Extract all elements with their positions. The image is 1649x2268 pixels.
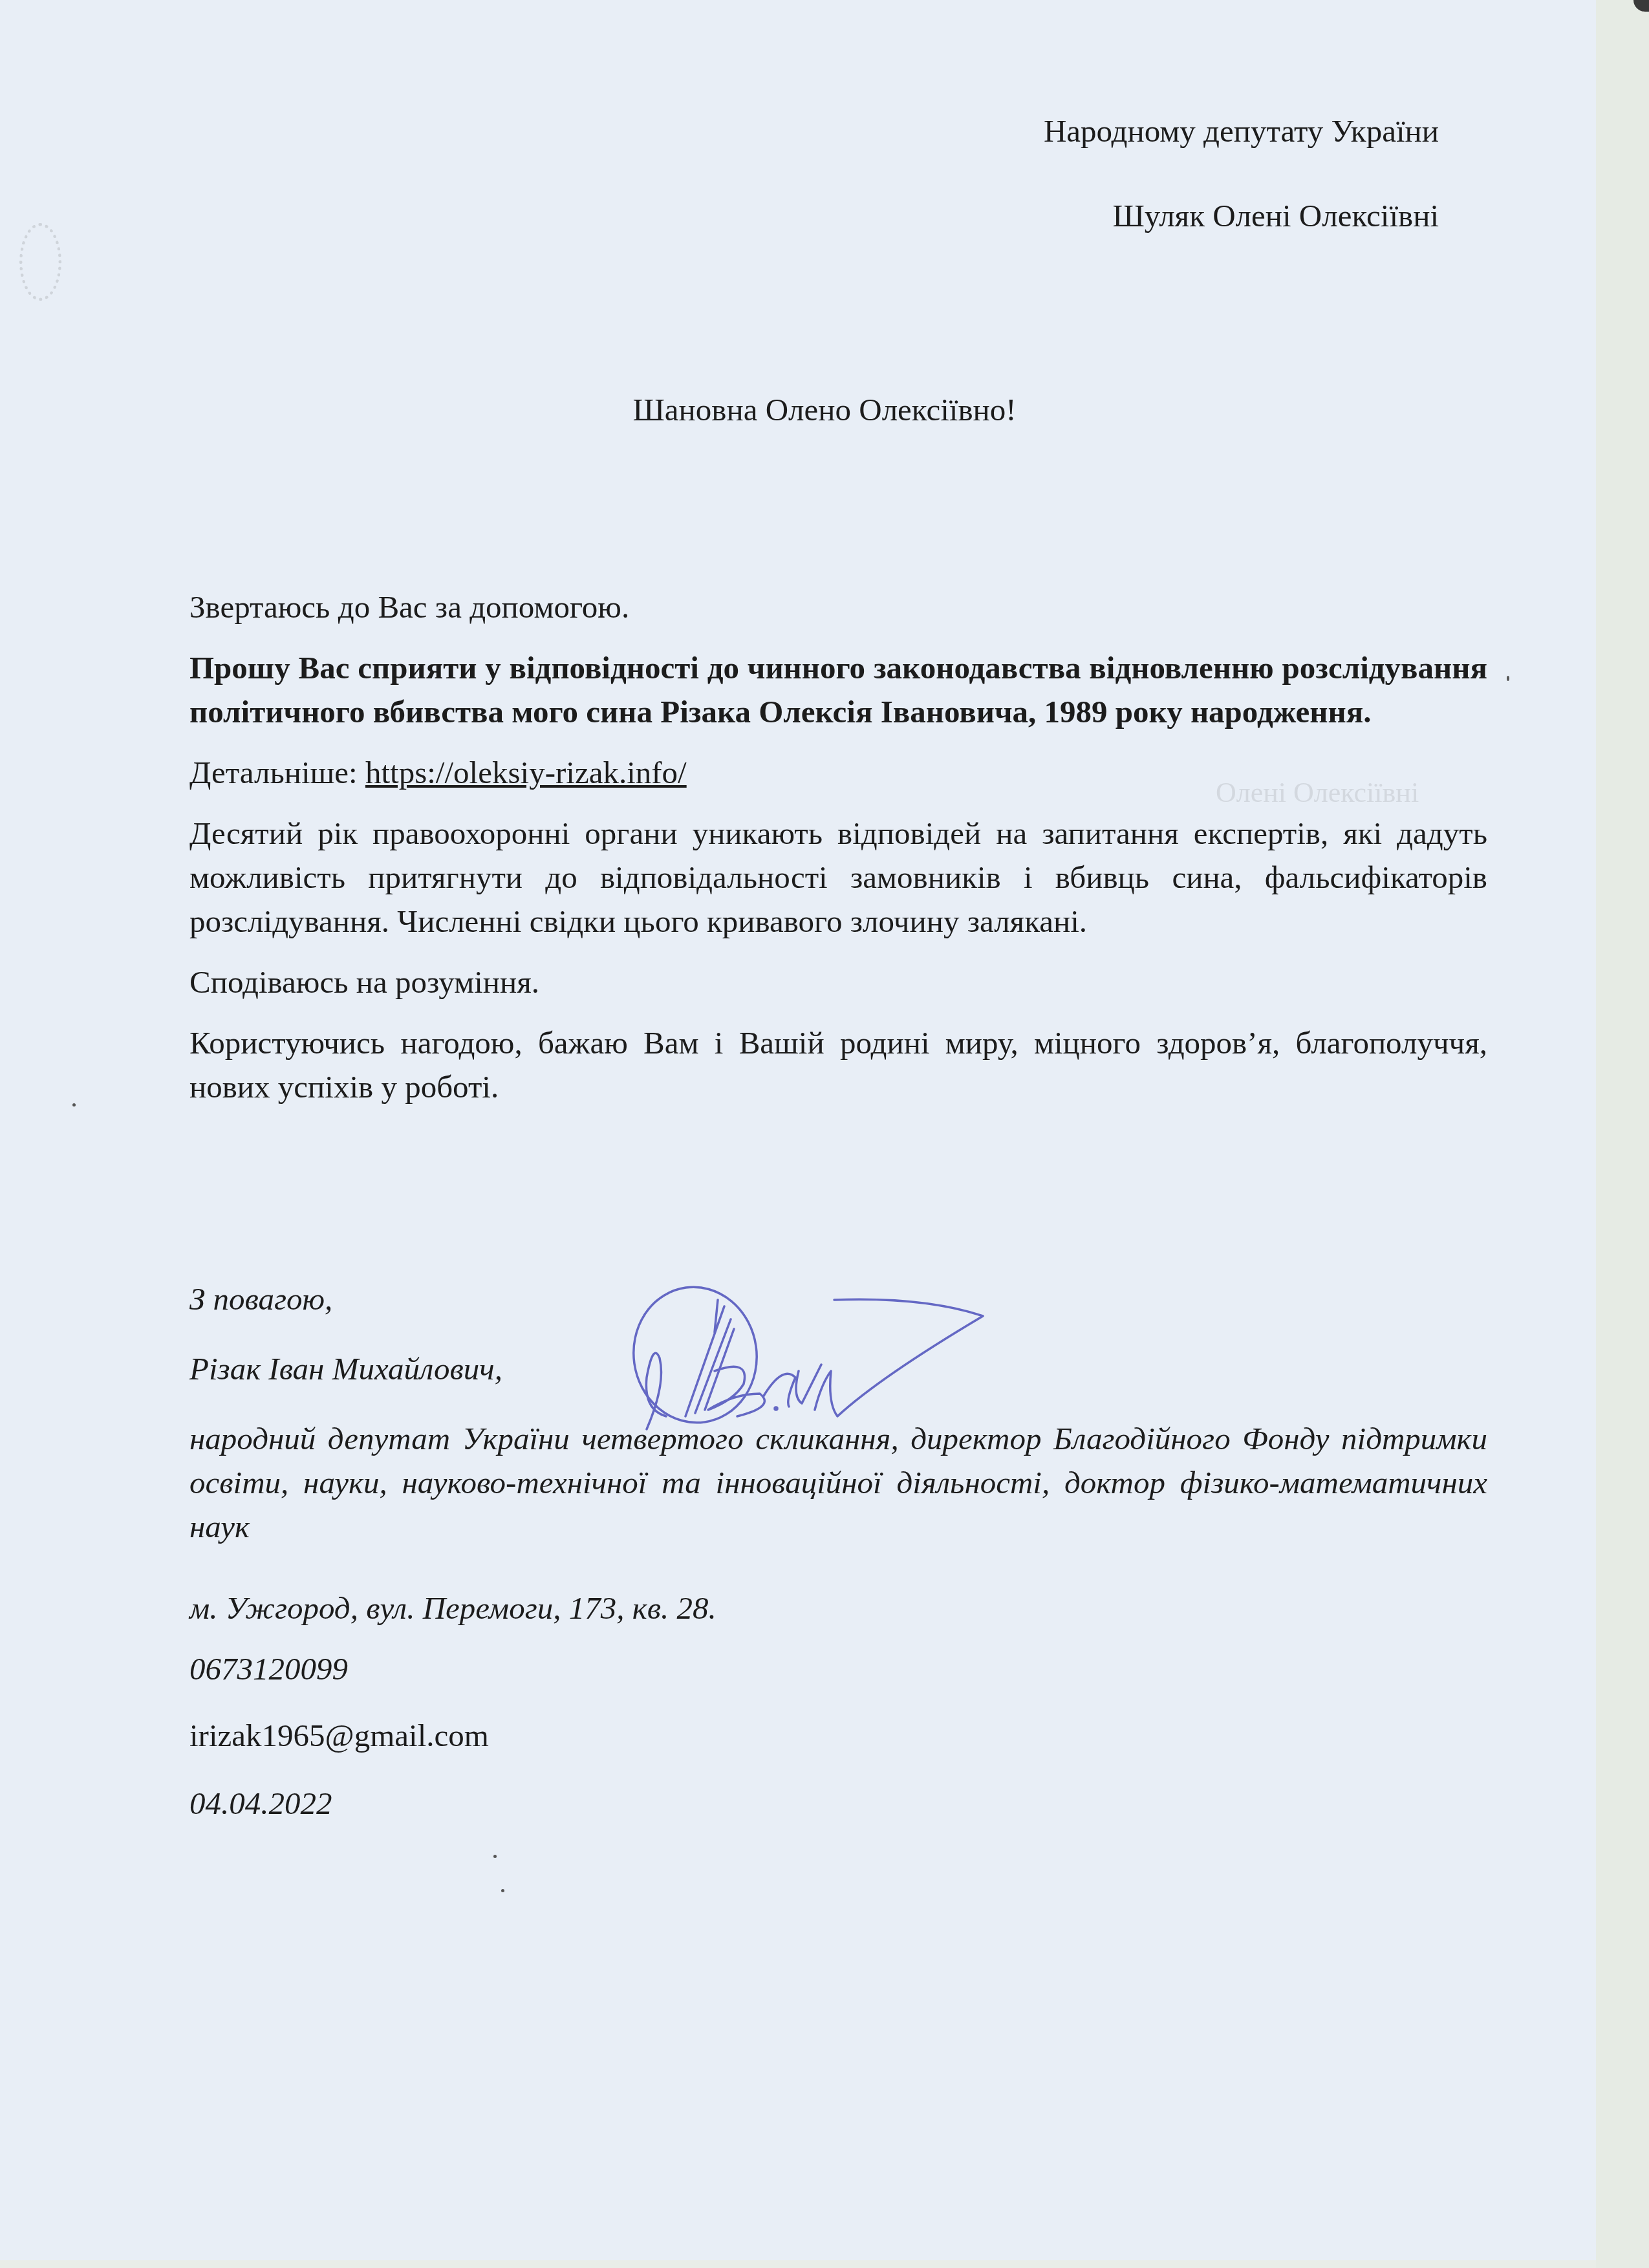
addressee-name: Шуляк Олені Олексіївні — [1044, 200, 1439, 232]
situation-paragraph: Десятий рік правоохоронні органи уникают… — [189, 812, 1487, 944]
scanner-edge — [1596, 0, 1649, 2268]
request-paragraph: Прошу Вас сприяти у відповідності до чин… — [189, 646, 1487, 734]
wishes-paragraph: Користуючись нагодою, бажаю Вам і Вашій … — [189, 1021, 1487, 1109]
salutation: Шановна Олено Олексіївно! — [0, 391, 1649, 428]
details-link[interactable]: https://oleksiy-rizak.info/ — [365, 755, 687, 790]
addressee-block: Народному депутату України Шуляк Олені О… — [1044, 115, 1439, 285]
sender-phone: 0673120099 — [189, 1650, 348, 1687]
corner-shadow — [1633, 0, 1649, 12]
sender-address: м. Ужгород, вул. Перемоги, 173, кв. 28. — [189, 1590, 717, 1626]
details-label: Детальніше: — [189, 755, 358, 790]
addressee-position: Народному депутату України — [1044, 115, 1439, 147]
details-paragraph: Детальніше: https://oleksiy-rizak.info/ — [189, 751, 1487, 795]
letter-body: Звертаюсь до Вас за допомогою. Прошу Вас… — [189, 585, 1487, 1126]
scan-speck — [501, 1889, 504, 1892]
handwritten-signature-icon — [621, 1280, 1190, 1436]
sender-title: народний депутат України четвертого скли… — [189, 1417, 1487, 1549]
paper-stain — [19, 223, 61, 301]
scan-speck — [493, 1855, 497, 1858]
sender-email: irizak1965@gmail.com — [189, 1717, 489, 1754]
letter-page: Олені Олексіївні Народному депутату Укра… — [0, 0, 1596, 2260]
scan-speck — [1507, 676, 1509, 681]
scan-speck — [72, 1103, 76, 1107]
hope-paragraph: Сподіваюсь на розуміння. — [189, 960, 1487, 1004]
intro-paragraph: Звертаюсь до Вас за допомогою. — [189, 585, 1487, 629]
letter-date: 04.04.2022 — [189, 1785, 332, 1822]
